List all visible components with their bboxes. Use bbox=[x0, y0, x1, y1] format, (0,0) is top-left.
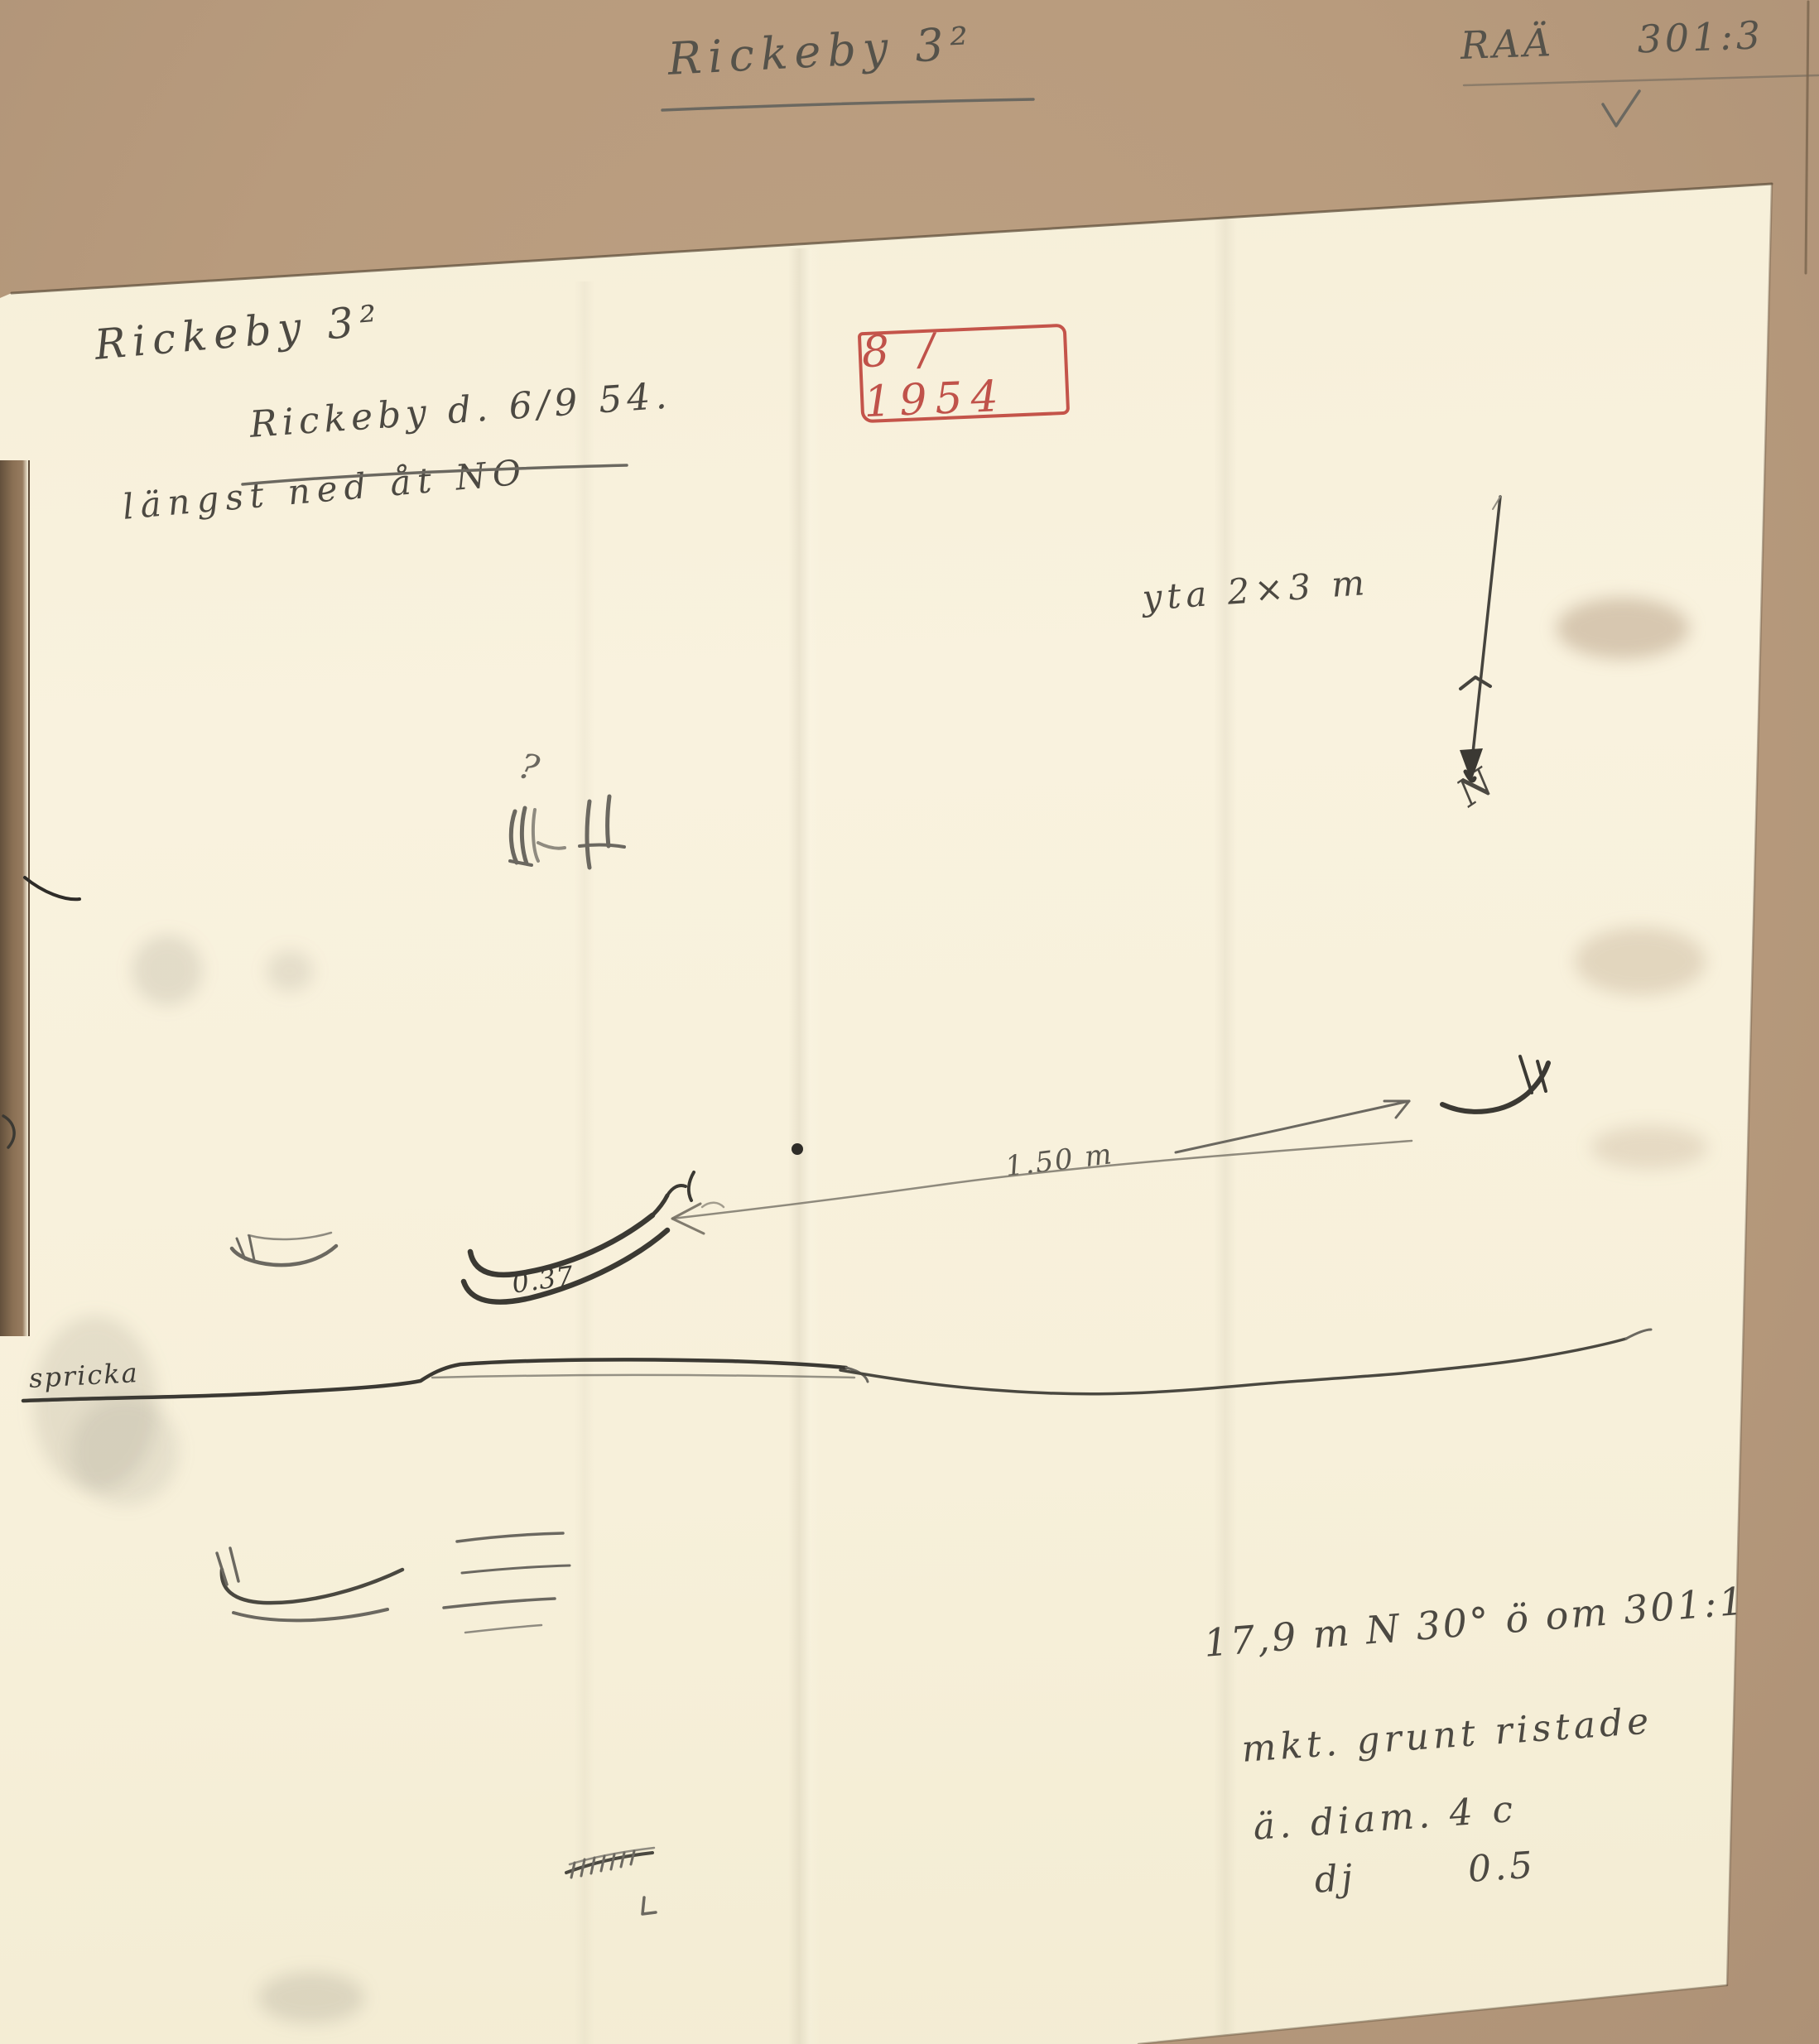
pointer-arrow-right bbox=[1176, 1101, 1409, 1152]
left-edge-marks bbox=[3, 878, 79, 1147]
board-title-underline bbox=[662, 99, 1033, 110]
board-ref-underline bbox=[1464, 75, 1818, 85]
dateline-underline bbox=[243, 465, 627, 484]
checkmark bbox=[1603, 91, 1639, 126]
hatched-sketch-bottom bbox=[566, 1848, 656, 1914]
carving-sketch-upper-right bbox=[1442, 1056, 1548, 1112]
paper-edge-shadow bbox=[12, 184, 1772, 2044]
reference-dot bbox=[792, 1143, 803, 1155]
crack-line bbox=[23, 1330, 1651, 1401]
scribble-marks bbox=[510, 796, 624, 868]
measure-arrow-left bbox=[672, 1141, 1412, 1234]
board-right-edge-line bbox=[1806, 2, 1808, 273]
pencil-sketch-overlay bbox=[0, 0, 1819, 2044]
carving-group-bottom-left bbox=[217, 1533, 570, 1633]
carving-sketch-left bbox=[232, 1233, 336, 1265]
scanned-field-sketch: Rickeby 3² RAÄ 301:3 8 / 1954 Rickeby 3²… bbox=[0, 0, 1819, 2044]
carving-sketch-main bbox=[464, 1172, 694, 1302]
north-arrow bbox=[1460, 497, 1500, 782]
